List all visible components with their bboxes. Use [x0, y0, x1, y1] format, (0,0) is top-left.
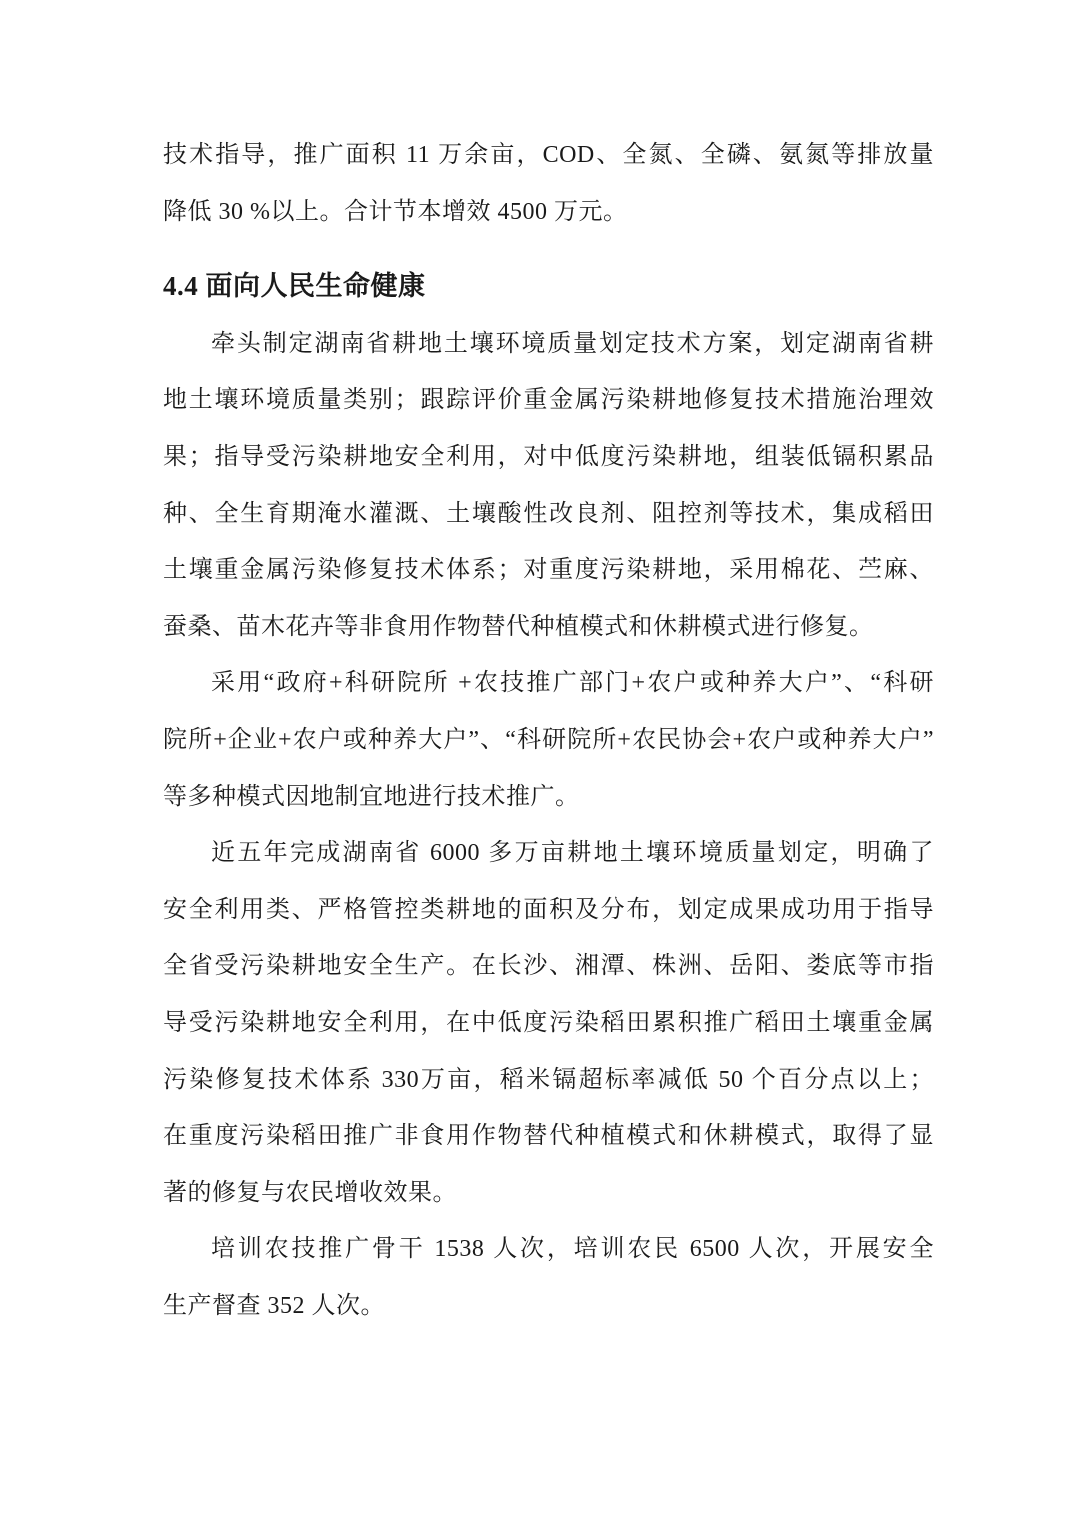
body-line: 等多种模式因地制宜地进行技术推广。 [163, 769, 934, 826]
paragraph: 培训农技推广骨干 1538 人次，培训农民 6500 人次，开展安全 生产督查 … [163, 1221, 934, 1334]
body-line: 全省受污染耕地安全生产。在长沙、湘潭、株洲、岳阳、娄底等市指 [163, 938, 934, 995]
body-line: 在重度污染稻田推广非食用作物替代种植模式和休耕模式，取得了显 [163, 1108, 934, 1165]
paragraph: 采用“政府+科研院所 +农技推广部门+农户或种养大户”、“科研 院所+企业+农户… [163, 655, 934, 825]
body-line: 蚕桑、苗木花卉等非食用作物替代种植模式和休耕模式进行修复。 [163, 599, 934, 656]
body-line: 导受污染耕地安全利用，在中低度污染稻田累积推广稻田土壤重金属 [163, 995, 934, 1052]
document-page: 技术指导，推广面积 11 万余亩，COD、全氮、全磷、氨氮等排放量 降低 30 … [0, 0, 1074, 1520]
body-line: 培训农技推广骨干 1538 人次，培训农民 6500 人次，开展安全 [163, 1221, 934, 1278]
body-line: 牵头制定湖南省耕地土壤环境质量划定技术方案，划定湖南省耕 [163, 316, 934, 373]
body-line: 院所+企业+农户或种养大户”、“科研院所+农民协会+农户或种养大户” [163, 712, 934, 769]
body-line: 安全利用类、严格管控类耕地的面积及分布，划定成果成功用于指导 [163, 882, 934, 939]
paragraph: 牵头制定湖南省耕地土壤环境质量划定技术方案，划定湖南省耕 地土壤环境质量类别；跟… [163, 316, 934, 656]
paragraph: 技术指导，推广面积 11 万余亩，COD、全氮、全磷、氨氮等排放量 降低 30 … [163, 127, 934, 240]
body-line: 果；指导受污染耕地安全利用，对中低度污染耕地，组装低镉积累品 [163, 429, 934, 486]
body-line: 土壤重金属污染修复技术体系；对重度污染耕地，采用棉花、苎麻、 [163, 542, 934, 599]
body-line: 近五年完成湖南省 6000 多万亩耕地土壤环境质量划定，明确了 [163, 825, 934, 882]
body-line: 地土壤环境质量类别；跟踪评价重金属污染耕地修复技术措施治理效 [163, 372, 934, 429]
section-heading: 4.4 面向人民生命健康 [163, 258, 934, 315]
body-line: 污染修复技术体系 330万亩，稻米镉超标率减低 50 个百分点以上； [163, 1052, 934, 1109]
paragraph: 近五年完成湖南省 6000 多万亩耕地土壤环境质量划定，明确了 安全利用类、严格… [163, 825, 934, 1221]
body-line: 技术指导，推广面积 11 万余亩，COD、全氮、全磷、氨氮等排放量 [163, 127, 934, 184]
body-line: 著的修复与农民增收效果。 [163, 1165, 934, 1222]
body-line: 采用“政府+科研院所 +农技推广部门+农户或种养大户”、“科研 [163, 655, 934, 712]
body-line: 种、全生育期淹水灌溉、土壤酸性改良剂、阻控剂等技术，集成稻田 [163, 486, 934, 543]
body-line: 生产督查 352 人次。 [163, 1278, 934, 1335]
body-line: 降低 30 %以上。合计节本增效 4500 万元。 [163, 184, 934, 241]
